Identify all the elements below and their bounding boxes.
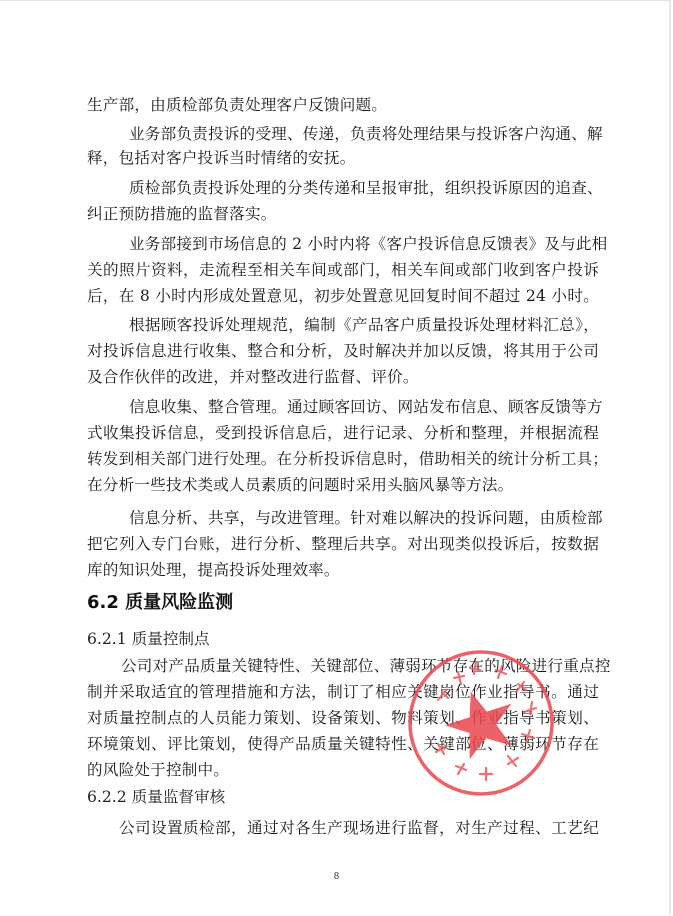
paragraph-line: 在分析一些技术类或人员素质的问题时采用头脑风暴等方法。 bbox=[87, 473, 599, 497]
paragraph-line: 制并采取适宜的管理措施和方法，制订了相应关键岗位作业指导书。通过 bbox=[87, 680, 599, 704]
paragraph-line: 转发到相关部门进行处理。在分析投诉信息时，借助相关的统计分析工具； bbox=[87, 447, 599, 471]
paragraph-line: 式收集投诉信息，受到投诉信息后，进行记录、分析和整理，并根据流程 bbox=[87, 421, 599, 445]
paragraph-line: 对投诉信息进行收集、整合和分析，及时解决并加以反馈，将其用于公司 bbox=[87, 339, 599, 363]
paragraph-line: 对质量控制点的人员能力策划、设备策划、物料策划、作业指导书策划、 bbox=[87, 706, 599, 730]
section-heading: 6.2 质量风险监测 bbox=[87, 590, 233, 616]
paragraph-line: 后，在 8 小时内形成处置意见，初步处置意见回复时间不超过 24 小时。 bbox=[87, 284, 599, 308]
paragraph-line: 的风险处于控制中。 bbox=[87, 758, 599, 782]
subsection-heading: 6.2.2 质量监督审核 bbox=[87, 785, 225, 809]
paragraph-line: 环境策划、评比策划，使得产品质量关键特性、关键部位、薄弱环节存在 bbox=[87, 732, 599, 756]
paragraph-line: 关的照片资料，走流程至相关车间或部门，相关车间或部门收到客户投诉 bbox=[87, 258, 599, 282]
page-number: 8 bbox=[0, 872, 673, 882]
paragraph-line: 把它列入专门台账，进行分析、整理后共享。对出现类似投诉后，按数据 bbox=[87, 532, 599, 556]
paragraph-line: 公司对产品质量关键特性、关键部位、薄弱环节存在的风险进行重点控 bbox=[87, 654, 599, 678]
paragraph-line: 纠正预防措施的监督落实。 bbox=[87, 202, 599, 226]
paragraph-line: 信息分析、共享，与改进管理。针对难以解决的投诉问题，由质检部 bbox=[87, 506, 599, 530]
paragraph-line: 公司设置质检部，通过对各生产现场进行监督，对生产过程、工艺纪 bbox=[87, 816, 599, 840]
paragraph-line: 质检部负责投诉处理的分类传递和呈报审批，组织投诉原因的追查、 bbox=[87, 176, 599, 200]
paragraph-line: 信息收集、整合管理。通过顾客回访、网站发布信息、顾客反馈等方 bbox=[87, 395, 599, 419]
paragraph-line: 业务部接到市场信息的 2 小时内将《客户投诉信息反馈表》及与此相 bbox=[87, 232, 599, 256]
paragraph-line: 库的知识处理，提高投诉处理效率。 bbox=[87, 558, 599, 582]
paragraph-line: 业务部负责投诉的受理、传递，负责将处理结果与投诉客户沟通、解 bbox=[87, 122, 599, 146]
paragraph-line: 根据顾客投诉处理规范，编制《产品客户质量投诉处理材料汇总》， bbox=[87, 313, 599, 337]
paragraph-line: 释，包括对客户投诉当时情绪的安抚。 bbox=[87, 146, 599, 170]
subsection-heading: 6.2.1 质量控制点 bbox=[87, 627, 210, 651]
paragraph-line: 及合作伙伴的改进，并对整改进行监督、评价。 bbox=[87, 365, 599, 389]
paragraph-line: 生产部，由质检部负责处理客户反馈问题。 bbox=[87, 93, 599, 117]
